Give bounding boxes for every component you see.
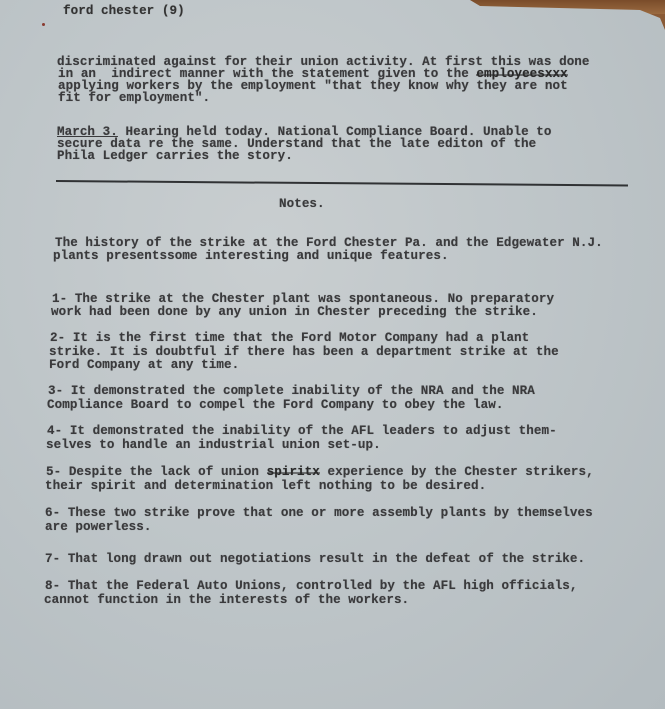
note-item-5-prefix: 5- Despite the lack of union [46,465,267,479]
notes-intro-line-1: The history of the strike at the Ford Ch… [55,237,603,250]
note-item-2-line-1: 2- It is the first time that the Ford Mo… [50,332,529,345]
note-item-3-line-1: 3- It demonstrated the complete inabilit… [48,385,535,398]
note-item-8-line-1: 8- That the Federal Auto Unions, control… [45,580,578,593]
note-item-8-line-2: cannot function in the interests of the … [44,594,409,607]
note-item-2-line-2: strike. It is doubtful if there has been… [49,346,559,359]
notes-heading: Notes. [279,198,325,211]
horizontal-divider [56,180,628,186]
struck-out-text: spiritx [267,465,320,479]
note-item-6-line-1: 6- These two strike prove that one or mo… [45,507,593,520]
note-item-1-line-1: 1- The strike at the Chester plant was s… [52,293,554,306]
continuation-line-4: fit for employment". [58,92,210,105]
typewritten-page: ford chester (9) discriminated against f… [0,0,665,709]
note-item-3-line-2: Compliance Board to compel the Ford Comp… [47,399,503,412]
note-item-7-line-1: 7- That long drawn out negotiations resu… [45,553,585,566]
ink-speck [42,23,45,26]
note-item-6-line-2: are powerless. [45,521,152,534]
note-item-4-line-1: 4- It demonstrated the inability of the … [47,425,557,438]
note-item-5-line-2: their spirit and determination left noth… [45,480,486,493]
note-item-2-line-3: Ford Company at any time. [49,359,239,372]
notes-intro-line-2: plants presentssome interesting and uniq… [53,250,449,263]
note-item-4-line-2: selves to handle an industrial union set… [46,439,381,452]
page-header-title: ford chester (9) [63,5,185,18]
note-item-5-suffix: experience by the Chester strikers, [320,465,594,479]
march3-line-3: Phila Ledger carries the story. [57,150,293,163]
note-item-5-line-1: 5- Despite the lack of union spiritx exp… [46,466,594,479]
note-item-1-line-2: work had been done by any union in Chest… [51,306,538,319]
